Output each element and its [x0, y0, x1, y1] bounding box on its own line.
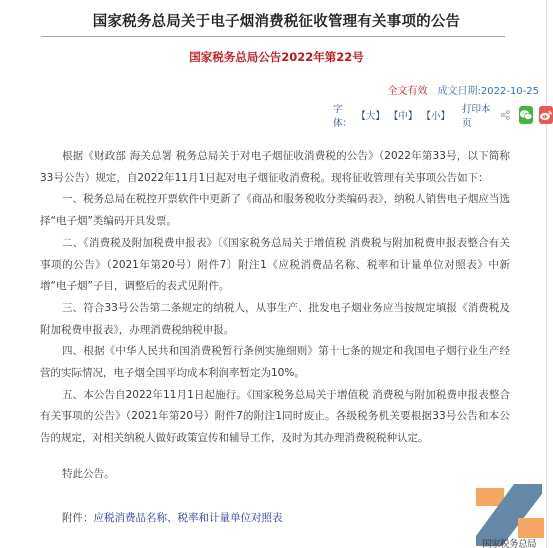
- body-paragraph: 三、符合33号公告第二条规定的纳税人，从事生产、批发电子烟业务应当按规定填报《消…: [40, 298, 510, 341]
- body-paragraph: 五、本公告自2022年11月1日起施行。《国家税务总局关于增值税 消费税与附加税…: [40, 385, 510, 450]
- body-paragraph: 二、《消费税及附加税费申报表》〔《国家税务总局关于增值税 消费税与附加税费申报表…: [40, 233, 510, 298]
- closing-text: 特此公告。: [62, 466, 115, 481]
- share-icon[interactable]: [500, 108, 511, 122]
- document-number: 国家税务总局公告2022年第22号: [0, 49, 553, 65]
- announcement-body: 根据《财政部 海关总署 税务总局关于对电子烟征收消费税的公告》（2022年第33…: [40, 146, 510, 450]
- font-large-button[interactable]: 【大】: [356, 108, 385, 122]
- wechat-share-button[interactable]: [519, 106, 533, 124]
- page-title: 国家税务总局关于电子烟消费税征收管理有关事项的公告: [0, 10, 553, 31]
- title-divider: [41, 36, 505, 37]
- attachment-label: 附件：: [62, 512, 94, 524]
- font-size-label: 字体：: [333, 101, 354, 129]
- scrollbar-track[interactable]: [546, 0, 547, 548]
- font-medium-button[interactable]: 【中】: [389, 108, 418, 122]
- body-paragraph: 根据《财政部 海关总署 税务总局关于对电子烟征收消费税的公告》（2022年第33…: [40, 146, 510, 189]
- attachment-row: 附件：应税消费品名称、税率和计量单位对照表: [62, 510, 283, 525]
- attachment-link[interactable]: 应税消费品名称、税率和计量单位对照表: [94, 512, 283, 524]
- font-small-button[interactable]: 【小】: [421, 108, 450, 122]
- body-paragraph: 一、税务总局在税控开票软件中更新了《商品和服务税收分类编码表》，纳税人销售电子烟…: [40, 189, 510, 232]
- issue-date: 成文日期:2022-10-25: [438, 82, 539, 97]
- logo-caption: 国家税务总局: [470, 536, 548, 548]
- weibo-share-button[interactable]: [539, 106, 553, 124]
- validity-status: 全文有效: [388, 82, 428, 97]
- wechat-icon: [519, 109, 533, 121]
- print-page-button[interactable]: 打印本页: [462, 101, 491, 129]
- announcement-page: 国家税务总局关于电子烟消费税征收管理有关事项的公告 国家税务总局公告2022年第…: [0, 0, 553, 548]
- body-paragraph: 四、根据《中华人民共和国消费税暂行条例实施细则》第十七条的规定和我国电子烟行业生…: [40, 341, 510, 384]
- meta-row: 全文有效 成文日期:2022-10-25: [388, 82, 539, 97]
- weibo-icon: [539, 109, 553, 121]
- article-toolbar: 字体： 【大】 【中】 【小】 打印本页: [333, 101, 553, 129]
